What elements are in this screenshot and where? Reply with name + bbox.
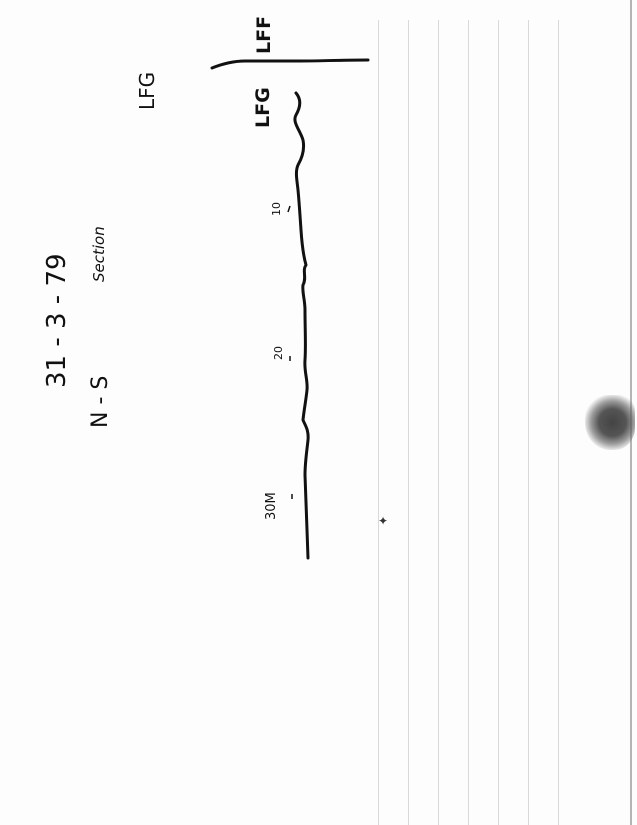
tick-10 xyxy=(288,206,290,212)
ink-speck: ✦ xyxy=(378,514,388,528)
boundary-line xyxy=(212,60,368,68)
section-drawing xyxy=(0,0,637,825)
section-trace xyxy=(295,93,308,558)
ink-smudge xyxy=(585,395,635,450)
